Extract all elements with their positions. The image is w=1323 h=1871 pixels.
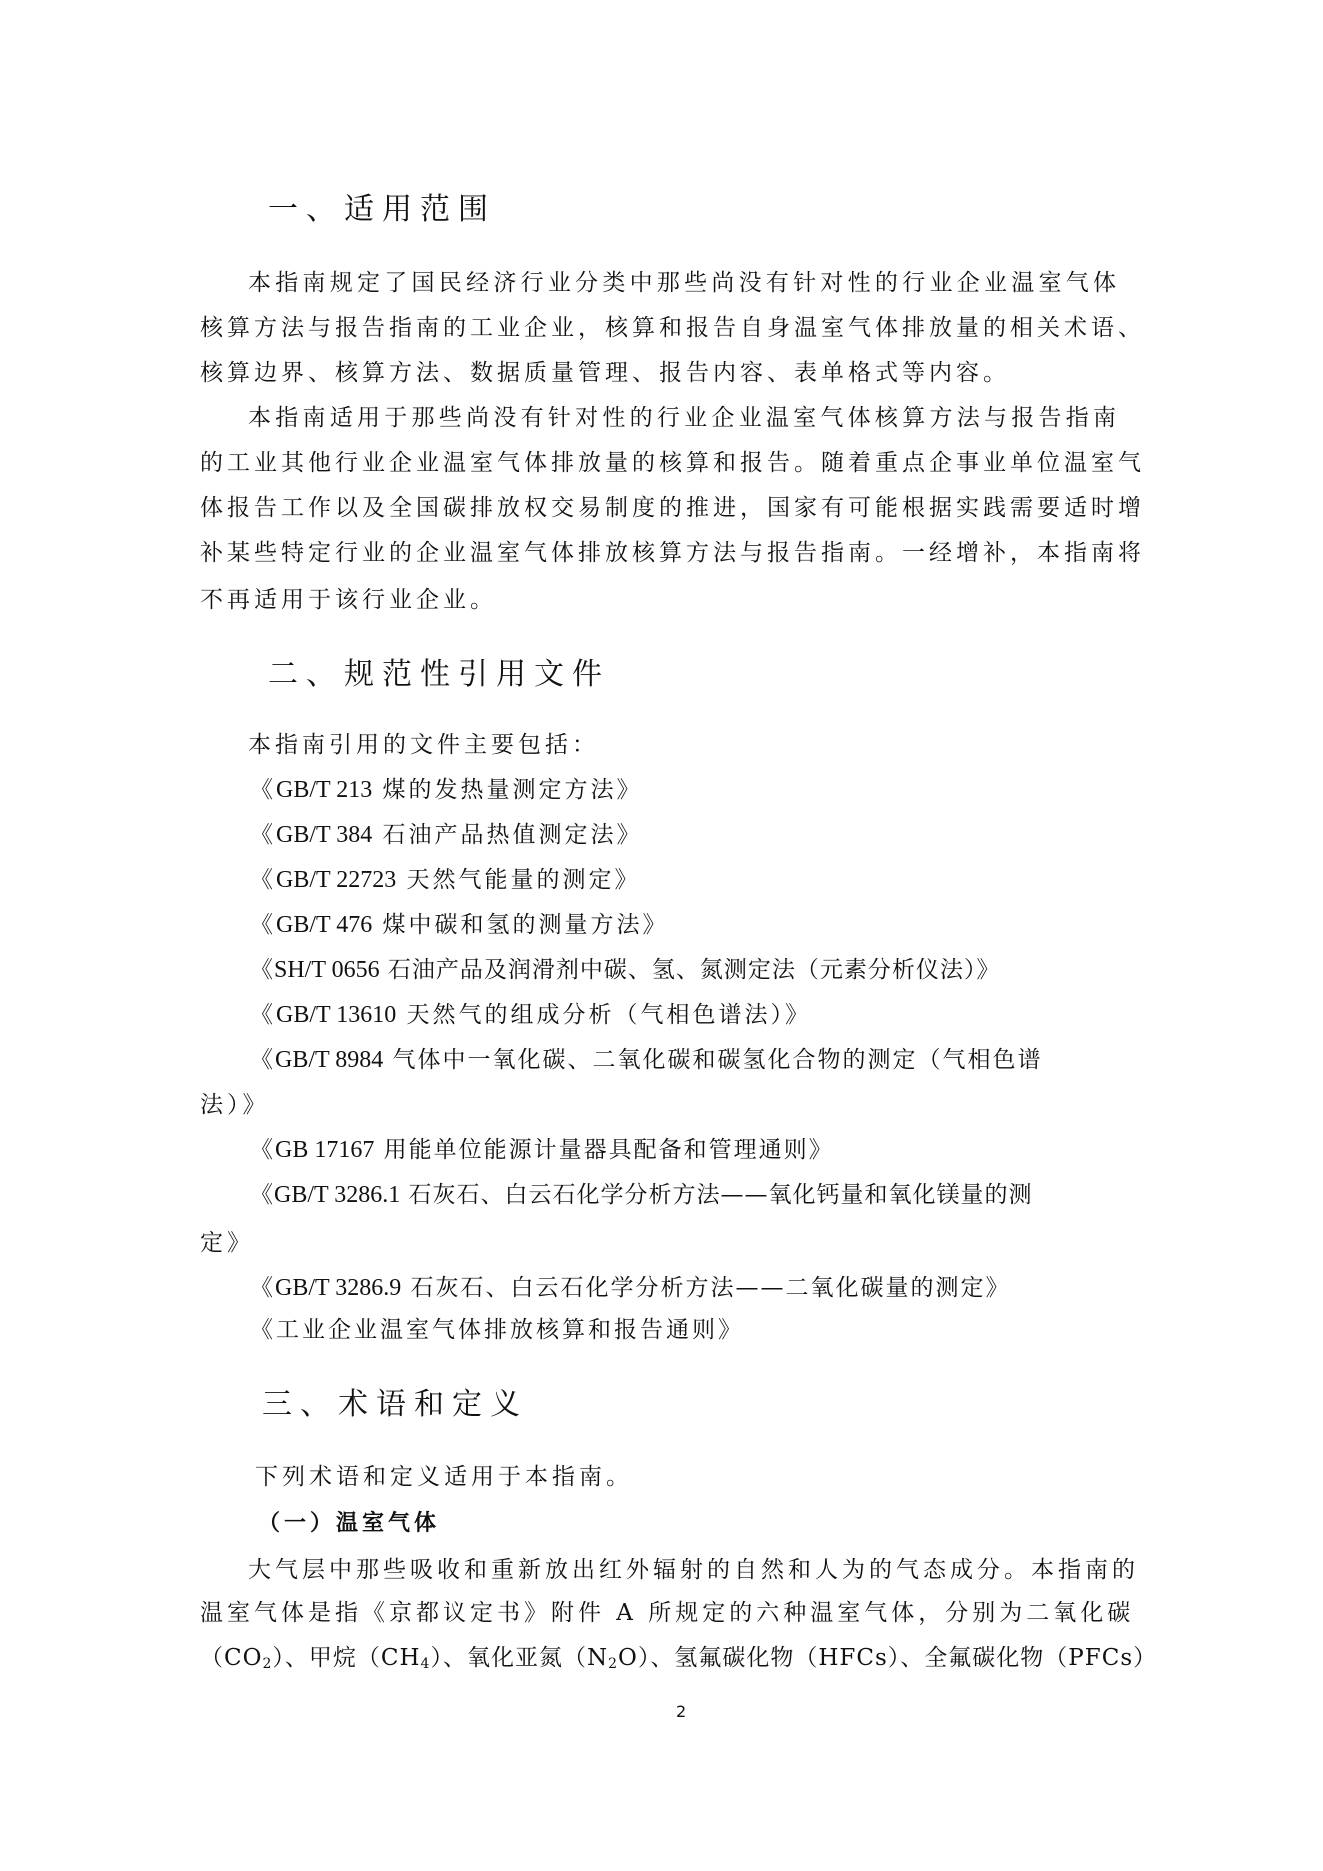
reference-item-continuation: 定》 <box>200 1221 1120 1266</box>
paragraph-line: 本指南适用于那些尚没有针对性的行业企业温室气体核算方法与报告指南 <box>248 396 1120 441</box>
reference-item: 《GB/T 476 煤中碳和氢的测量方法》 <box>250 903 1170 948</box>
paragraph-line: 的工业其他行业企业温室气体排放量的核算和报告。随着重点企事业单位温室气 <box>200 441 1120 486</box>
reference-item: 《工业企业温室气体排放核算和报告通则》 <box>250 1308 1170 1353</box>
reference-item: 《GB/T 3286.1 石灰石、白云石化学分析方法——氧化钙量和氧化镁量的测 <box>250 1173 1170 1218</box>
paragraph-line: 补某些特定行业的企业温室气体排放核算方法与报告指南。一经增补，本指南将 <box>200 531 1120 576</box>
paragraph-line: 核算边界、核算方法、数据质量管理、报告内容、表单格式等内容。 <box>200 351 1120 396</box>
paragraph-line: 本指南规定了国民经济行业分类中那些尚没有针对性的行业企业温室气体 <box>248 261 1120 306</box>
reference-item: 《GB/T 213 煤的发热量测定方法》 <box>250 768 1170 813</box>
paragraph-line: 核算方法与报告指南的工业企业，核算和报告自身温室气体排放量的相关术语、 <box>200 306 1120 351</box>
page-number: 2 <box>676 1702 686 1721</box>
reference-item: 《GB 17167 用能单位能源计量器具配备和管理通则》 <box>250 1128 1170 1173</box>
references-intro: 本指南引用的文件主要包括： <box>248 723 1168 768</box>
paragraph-line: 不再适用于该行业企业。 <box>200 578 1120 623</box>
subsection-heading-greenhouse-gas: （一）温室气体 <box>258 1501 1178 1546</box>
terms-intro: 下列术语和定义适用于本指南。 <box>255 1455 1175 1500</box>
document-page: 一、适用范围 本指南规定了国民经济行业分类中那些尚没有针对性的行业企业温室气体 … <box>0 0 1323 1871</box>
reference-item-continuation: 法）》 <box>200 1083 1120 1128</box>
paragraph-line: 体报告工作以及全国碳排放权交易制度的推进，国家有可能根据实践需要适时增 <box>200 486 1120 531</box>
reference-item: 《GB/T 8984 气体中一氧化碳、二氧化碳和碳氢化合物的测定（气相色谱 <box>250 1038 1170 1083</box>
section-heading-normative-references: 二、规范性引用文件 <box>268 655 610 695</box>
section-heading-scope: 一、适用范围 <box>268 190 496 230</box>
reference-item: 《GB/T 384 石油产品热值测定法》 <box>250 813 1170 858</box>
reference-item: 《SH/T 0656 石油产品及润滑剂中碳、氢、氮测定法（元素分析仪法）》 <box>250 948 1170 993</box>
reference-item: 《GB/T 13610 天然气的组成分析（气相色谱法）》 <box>250 993 1170 1038</box>
reference-item: 《GB/T 3286.9 石灰石、白云石化学分析方法——二氧化碳量的测定》 <box>250 1266 1170 1311</box>
reference-item: 《GB/T 22723 天然气能量的测定》 <box>250 858 1170 903</box>
paragraph-line: 大气层中那些吸收和重新放出红外辐射的自然和人为的气态成分。本指南的 <box>248 1548 1120 1593</box>
section-heading-terms-definitions: 三、术语和定义 <box>262 1385 528 1425</box>
greenhouse-gases-line: （CO2）、甲烷（CH4）、氧化亚氮（N2O）、氢氟碳化物（HFCs）、全氟碳化… <box>200 1636 1120 1681</box>
paragraph-line: 温室气体是指《京都议定书》附件 A 所规定的六种温室气体，分别为二氧化碳 <box>200 1591 1120 1636</box>
